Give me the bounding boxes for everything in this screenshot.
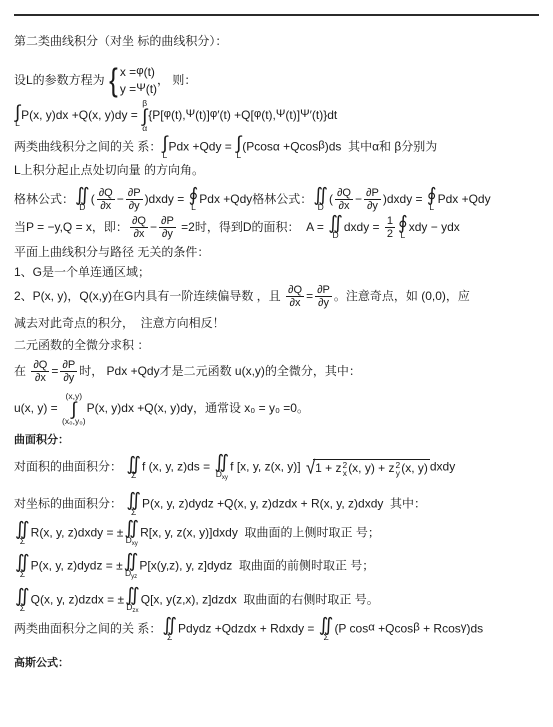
lower-limit: Σ [20, 537, 25, 546]
math-text: xdy − ydx [409, 220, 460, 234]
integral-operator: ∮L [427, 187, 437, 212]
math-text: 1 + z [315, 461, 341, 476]
numerator: ∂Q [335, 187, 353, 200]
math-text: ∂P [62, 359, 75, 371]
math-text: ∂Q [33, 359, 47, 371]
math-text: (t) [144, 65, 155, 79]
line-parametric-equation: 设L的参数方程为 {x =φ(t)y =Ψ(t)， 则： [14, 64, 539, 97]
math-text: 2、P(x, y)，Q(x,y)在G内具有一阶连续偏导数 ，且 [14, 289, 284, 303]
math-text: Pdx +Qdy = [168, 140, 235, 154]
line-direction-angle: L上积分起止点处切向量 的方向角。 [14, 163, 539, 178]
denominator: ∂x [337, 200, 352, 212]
math-text: 对坐标的曲面积分： [14, 497, 125, 511]
math-text: ∂Q [337, 187, 351, 199]
integral-sign: ∬ [162, 617, 177, 633]
document-page: 第二类曲线积分（对坐 标的曲线积分）： 设L的参数方程为 {x =φ(t)y =… [0, 14, 553, 670]
math-text: D [79, 202, 85, 212]
lower-limit: Σ [323, 633, 328, 642]
fraction: ∂P∂y [364, 187, 381, 212]
lower-limit: L [163, 151, 168, 160]
math-text: (t), [261, 108, 276, 122]
cases-row: y =Ψ(t) [120, 81, 157, 98]
denominator: ∂x [33, 372, 48, 384]
integral-operator: ∮L [398, 215, 408, 240]
line-p-dydz-projection: ∬ΣP(x, y, z)dydz = ±∬DyzP[x(y,z), y, z]d… [14, 553, 539, 580]
numerator: ∂P [60, 359, 77, 372]
lower-limit: (x₀,y₀) [62, 417, 86, 426]
integral-operator: ∬D [313, 187, 328, 212]
math-text: P(x, y)dx +Q(x, y)dy = [21, 108, 141, 122]
math-text: ∂x [290, 297, 301, 309]
math-text: (Pcosα +Qcos [242, 140, 318, 154]
stack-sub: x [343, 469, 347, 477]
integral-operator: ∬Dxy [214, 454, 229, 481]
math-text: L [191, 202, 196, 212]
integral-operator: ∬Dyz [124, 553, 139, 580]
math-text: dxdy = [344, 220, 383, 234]
line-surface-types-relation: 两类曲面积分之间的关 系：∬ΣPdydz +Qdzdx + Rdxdy = ∬Σ… [14, 617, 539, 642]
math-text: α [142, 123, 147, 133]
fraction: ∂P∂y [126, 187, 143, 212]
math-text: ∂Q [132, 215, 146, 227]
math-text: 曲面积分： [14, 434, 69, 446]
integral-operator: ∬Σ [319, 617, 334, 642]
integral-sign: ∫ [236, 135, 241, 151]
line-condition-1: 1、G是一个单连通区域； [14, 265, 539, 280]
lower-limit: D [318, 203, 324, 212]
math-text: x = [120, 65, 136, 79]
math-text: (x₀,y₀) [62, 416, 86, 426]
math-text: P(x, y)dx +Q(x, y)dy，通常设 x₀ = y₀ =0。 [87, 401, 309, 415]
math-text: f [x, y, z(x, y)] [230, 460, 304, 474]
math-text: 平面上曲线积分与路径 无关的条件： [14, 245, 209, 259]
fraction: ∂P∂y [60, 359, 77, 384]
math-text: ( [91, 192, 95, 206]
math-text: P(x, y, z)dydz +Q(x, y, z)dzdx + R(x, y,… [142, 497, 426, 511]
math-text: D [318, 202, 324, 212]
subscript: xy [222, 474, 228, 481]
lower-limit: L [15, 119, 20, 128]
math-text: P(x, y, z)dydz = ± [31, 559, 123, 573]
heading-surface-integral: 曲面积分： [14, 434, 539, 448]
lower-limit: Σ [20, 604, 25, 613]
lower-limit: Dyz [125, 569, 137, 580]
lower-limit: Σ [20, 570, 25, 579]
lower-limit: L [429, 203, 434, 212]
math-text: Σ [20, 603, 25, 613]
integral-sign: ∬ [126, 492, 141, 508]
math-text: (P cos [334, 622, 368, 636]
lower-limit: Dxy [216, 470, 228, 481]
math-text: ∂P [128, 187, 141, 199]
math-text: ′(t) +Q[ [217, 108, 254, 122]
integral-sign: ∬ [313, 187, 328, 203]
math-text: ∂y [162, 228, 173, 240]
integral-sign: ∬ [75, 187, 90, 203]
math-text: (t)] [285, 108, 300, 122]
math-text: ∂Q [288, 284, 302, 296]
math-text: L [15, 118, 20, 128]
denominator: ∂x [131, 228, 146, 240]
fraction: ∂Q∂x [335, 187, 353, 212]
math-text: )dxdy = [383, 192, 426, 206]
integral-operator: ∬Σ [126, 492, 141, 517]
math-text: xy [132, 540, 138, 547]
math-text: 格林公式： [14, 192, 74, 206]
denominator: ∂y [61, 372, 76, 384]
line-q-dzdx-projection: ∬ΣQ(x, y, z)dzdx = ±∬DzxQ[x, y(z,x), z]d… [14, 587, 539, 614]
math-text: ∂y [318, 297, 329, 309]
math-text: R(x, y, z)dxdy = ± [31, 526, 124, 540]
math-text: 。注意奇点，如 (0,0)，应 [334, 289, 470, 303]
integral-sign: ∫ [15, 104, 20, 120]
math-text: ∂y [63, 372, 74, 384]
lower-limit: Σ [131, 471, 136, 480]
math-text: 两类曲面积分之间的关 系： [14, 622, 161, 636]
greek-symbol: φ [164, 108, 171, 120]
lower-limit: L [191, 203, 196, 212]
math-text: Pdx +Qdy [438, 192, 491, 206]
math-text: y = [120, 82, 136, 96]
integral-operator: β∫α [142, 99, 147, 133]
math-text: Σ [323, 632, 328, 642]
math-text: Σ [167, 632, 172, 642]
line-two-types-relation: 两类曲线积分之间的关 系：∫LPdx +Qdy = ∫L(Pcosα +Qcos… [14, 135, 539, 160]
math-text: (x, y) [401, 461, 428, 476]
line-surface-coord-integral: 对坐标的曲面积分： ∬ΣP(x, y, z)dydz +Q(x, y, z)dz… [14, 492, 539, 517]
cases-group: {x =φ(t)y =Ψ(t) [108, 64, 157, 97]
math-text: ∂y [367, 200, 378, 212]
denominator: ∂y [127, 200, 142, 212]
math-text: − [150, 220, 157, 234]
numerator: ∂P [315, 284, 332, 297]
lower-limit: Dxy [126, 536, 138, 547]
math-text: Σ [20, 569, 25, 579]
math-text: L [163, 150, 168, 160]
integral-operator: ∬Σ [15, 554, 30, 579]
math-text: Q[x, y(z,x), z]dzdx 取曲面的右侧时取正 号。 [141, 593, 379, 607]
math-text: = [306, 289, 313, 303]
math-text: 减去对此奇点的积分， 注意方向相反！ [14, 316, 225, 330]
math-text: 第二类曲线积分（对坐 标的曲线积分）： [14, 34, 227, 48]
math-text: Σ [131, 470, 136, 480]
math-text: (t) [146, 82, 157, 96]
numerator: 1 [385, 215, 395, 228]
math-text: zx [132, 607, 138, 614]
math-text: ∂x [339, 200, 350, 212]
math-text: 高斯公式： [14, 657, 69, 669]
heading-line-integral-type2: 第二类曲线积分（对坐 标的曲线积分）： [14, 34, 539, 49]
fraction: ∂P∂y [315, 284, 332, 309]
denominator: ∂y [160, 228, 175, 240]
math-text: R[x, y, z(x, y)]dxdy 取曲面的上侧时取正 号； [140, 526, 380, 540]
integral-operator: ∫L [236, 135, 241, 160]
math-text: ∂x [100, 200, 111, 212]
math-text: − [355, 192, 362, 206]
integral-operator: ∬Dzx [125, 587, 140, 614]
integral-operator: ∬Dxy [124, 520, 139, 547]
numerator: ∂P [126, 187, 143, 200]
line-path-independence-header: 平面上曲线积分与路径 无关的条件： [14, 245, 539, 260]
math-text: ∂y [129, 200, 140, 212]
denominator: ∂x [288, 297, 303, 309]
greek-symbol: Ψ [276, 108, 286, 120]
line-green-formula: 格林公式：∬D(∂Q∂x−∂P∂y)dxdy = ∮LPdx +Qdy格林公式：… [14, 187, 539, 212]
math-text: D [332, 230, 338, 240]
math-text: Σ [131, 507, 136, 517]
integral-operator: ∬D [328, 215, 343, 240]
integral-sign: ∮ [427, 187, 437, 203]
math-text: − [117, 192, 124, 206]
math-text: L [401, 230, 406, 240]
line-area-formula: 当P = −y,Q = x，即：∂Q∂x−∂P∂y =2时，得到D的面积： A … [14, 215, 539, 240]
math-text: + Rcos [420, 622, 461, 636]
denominator: 2 [385, 228, 395, 240]
math-text: P[x(y,z), y, z]dydz 取曲面的前侧时取正 号； [139, 559, 374, 573]
square-root: √1 + z2x(x, y) + z2y(x, y) [306, 459, 430, 478]
integral-sign: ∬ [214, 454, 229, 470]
math-text: (x, y) + z [348, 461, 394, 476]
radical-sign: √ [306, 459, 315, 478]
math-text: f (x, y, z)ds = [142, 460, 213, 474]
integral-sign: ∫ [142, 108, 147, 124]
denominator: ∂y [316, 297, 331, 309]
subscript: xy [132, 540, 138, 547]
math-text: L [429, 202, 434, 212]
math-text: ∂P [161, 215, 174, 227]
lower-limit: D [79, 203, 85, 212]
fraction: ∂Q∂x [130, 215, 148, 240]
integral-operator: ∬Σ [126, 456, 141, 481]
line-r-dxdy-projection: ∬ΣR(x, y, z)dxdy = ±∬DxyR[x, y, z(x, y)]… [14, 520, 539, 547]
sup-sub-stack: 2y [396, 461, 401, 478]
numerator: ∂Q [130, 215, 148, 228]
math-text: )ds 其中α和 β分别为 [325, 140, 438, 154]
lower-limit: α [142, 124, 147, 133]
fraction: 12 [385, 215, 395, 240]
fraction: ∂Q∂x [286, 284, 304, 309]
math-text: yz [131, 573, 137, 580]
integral-operator: ∬Σ [162, 617, 177, 642]
math-text: 1 [387, 215, 393, 227]
math-text: L [236, 150, 241, 160]
heading-total-differential: 二元函数的全微分求积 ： [14, 338, 539, 353]
numerator: ∂Q [286, 284, 304, 297]
integral-operator: ∮L [189, 187, 199, 212]
lower-limit: L [401, 231, 406, 240]
greek-symbol: Ψ [186, 108, 196, 120]
integral-operator: ∬D [75, 187, 90, 212]
greek-symbol: φ [136, 65, 143, 77]
math-text: Σ [20, 536, 25, 546]
math-text: = [51, 363, 58, 377]
integral-sign: ∮ [189, 187, 199, 203]
integral-sign: ∫ [71, 401, 76, 417]
math-text: ∂P [366, 187, 379, 199]
lower-limit: Σ [167, 633, 172, 642]
math-text: dxdy [430, 460, 455, 474]
line-total-differential: 在 ∂Q∂x=∂P∂y时， Pdx +Qdy才是二元函数 u(x,y)的全微分，… [14, 359, 539, 384]
math-text: 1、G是一个单连通区域； [14, 265, 150, 279]
denominator: ∂x [98, 200, 113, 212]
math-text: 设L的参数方程为 [14, 73, 108, 87]
math-text: u(x, y) = [14, 401, 61, 415]
integral-operator: ∫L [162, 135, 167, 160]
integral-sign: ∮ [398, 215, 408, 231]
integral-sign: ∬ [126, 456, 141, 472]
integral-operator: ∫L [15, 104, 20, 129]
math-text: =2时，得到D的面积： A = [178, 220, 327, 234]
numerator: ∂P [159, 215, 176, 228]
math-text: y [396, 468, 400, 478]
math-text: 时， Pdx +Qdy才是二元函数 u(x,y)的全微分，其中： [79, 363, 361, 377]
math-text: x [343, 468, 347, 478]
integral-sign: ∬ [15, 554, 30, 570]
math-text: 两类曲线积分之间的关 系： [14, 140, 161, 154]
lower-limit: Σ [131, 508, 136, 517]
lower-limit: Dzx [126, 603, 138, 614]
math-text: (t)] [195, 108, 210, 122]
greek-symbol: Ψ [300, 108, 310, 120]
math-text: 当P = −y,Q = x，即： [14, 220, 128, 234]
integral-sign: ∬ [15, 588, 30, 604]
math-text: ( [329, 192, 333, 206]
integral-sign: ∬ [125, 587, 140, 603]
greek-symbol: Ψ [136, 82, 146, 94]
line-integral-formula: ∫LP(x, y)dx +Q(x, y)dy = β∫α{P[φ(t),Ψ(t)… [14, 99, 539, 133]
stack-sub: y [396, 469, 400, 477]
math-text: ∂P [317, 284, 330, 296]
subscript: yz [131, 573, 137, 580]
math-text: (t), [171, 108, 186, 122]
numerator: ∂Q [31, 359, 49, 372]
lower-limit: L [236, 151, 241, 160]
left-brace: { [109, 68, 118, 94]
radicand: 1 + z2x(x, y) + z2y(x, y) [313, 459, 430, 478]
subscript: zx [132, 607, 138, 614]
math-text: 对面积的曲面积分： [14, 460, 125, 474]
line-condition-2: 2、P(x, y)，Q(x,y)在G内具有一阶连续偏导数 ，且 ∂Q∂x=∂P∂… [14, 284, 539, 309]
denominator: ∂y [365, 200, 380, 212]
line-surface-area-integral: 对面积的曲面积分： ∬Σf (x, y, z)ds = ∬Dxyf [x, y,… [14, 454, 539, 481]
fraction: ∂P∂y [159, 215, 176, 240]
numerator: ∂P [364, 187, 381, 200]
sup-sub-stack: 2x [343, 461, 348, 478]
math-text: ∂x [35, 372, 46, 384]
math-text: {P[ [148, 108, 163, 122]
greek-symbol: α [368, 622, 375, 634]
integral-operator: (x,y)∫(x₀,y₀) [62, 392, 86, 426]
integral-sign: ∫ [162, 135, 167, 151]
integral-operator: ∬Σ [15, 521, 30, 546]
cases-row: x =φ(t) [120, 64, 157, 81]
integral-sign: ∬ [124, 520, 139, 536]
numerator: ∂Q [97, 187, 115, 200]
integral-operator: ∬Σ [15, 588, 30, 613]
math-text: ′(t)}dt [310, 108, 338, 122]
math-text: )dxdy = [145, 192, 188, 206]
line-condition-2-continued: 减去对此奇点的积分， 注意方向相反！ [14, 316, 539, 331]
math-text: ∂Q [99, 187, 113, 199]
math-text: L上积分起止点处切向量 的方向角。 [14, 163, 204, 177]
math-text: Q(x, y, z)dzdx = ± [31, 593, 124, 607]
top-rule [14, 14, 539, 16]
math-text: ∂x [133, 228, 144, 240]
math-text: Pdydz +Qdzdx + Rdxdy = [178, 622, 318, 636]
cases-rows: x =φ(t)y =Ψ(t) [120, 64, 157, 97]
math-text: +Qcos [375, 622, 413, 636]
integral-sign: ∬ [124, 553, 139, 569]
lower-limit: D [332, 231, 338, 240]
integral-sign: ∬ [319, 617, 334, 633]
math-text: )ds [466, 622, 483, 636]
math-text: ， 则： [157, 73, 196, 87]
integral-sign: ∬ [15, 521, 30, 537]
integral-sign: ∬ [328, 215, 343, 231]
math-text: xy [222, 474, 228, 481]
math-text: 二元函数的全微分求积 ： [14, 338, 149, 352]
heading-gauss-formula: 高斯公式： [14, 657, 539, 671]
math-text: 2 [387, 228, 393, 240]
fraction: ∂Q∂x [97, 187, 115, 212]
line-u-formula: u(x, y) = (x,y)∫(x₀,y₀)P(x, y)dx +Q(x, y… [14, 392, 539, 426]
math-text: Pdx +Qdy格林公式： [199, 192, 312, 206]
fraction: ∂Q∂x [31, 359, 49, 384]
math-text: 在 [14, 363, 29, 377]
